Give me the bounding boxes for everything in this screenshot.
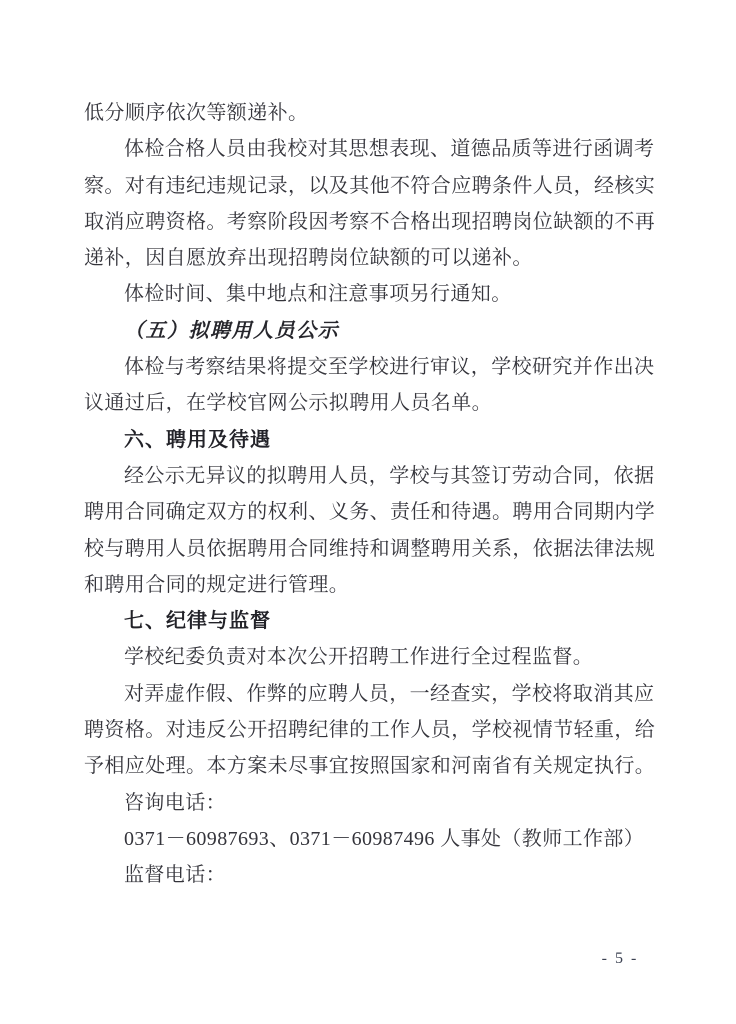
doc-line-contract-p4: 和聘用合同的规定进行管理。 xyxy=(84,567,646,603)
consult-phone-label: 咨询电话： xyxy=(84,785,646,821)
document-body: 低分顺序依次等额递补。 体检合格人员由我校对其思想表现、道德品质等进行函调考 察… xyxy=(84,95,646,894)
doc-line-inspection-p1: 体检合格人员由我校对其思想表现、道德品质等进行函调考 xyxy=(84,131,646,167)
heading-proposed-hire-publicity: （五）拟聘用人员公示 xyxy=(84,313,646,349)
doc-line-inspection-p3: 取消应聘资格。考察阶段因考察不合格出现招聘岗位缺额的不再 xyxy=(84,204,646,240)
phone-numbers-line: 0371－60987693、0371－60987496 人事处（教师工作部） xyxy=(84,821,646,857)
doc-line-inspection-p4: 递补，因自愿放弃出现招聘岗位缺额的可以递补。 xyxy=(84,240,646,276)
doc-line-contract-p2: 聘用合同确定双方的权利、义务、责任和待遇。聘用合同期内学 xyxy=(84,494,646,530)
doc-line-review-p2: 议通过后，在学校官网公示拟聘用人员名单。 xyxy=(84,385,646,421)
doc-line-contract-p1: 经公示无异议的拟聘用人员，学校与其签订劳动合同，依据 xyxy=(84,458,646,494)
doc-line-fraud-p2: 聘资格。对违反公开招聘纪律的工作人员，学校视情节轻重，给 xyxy=(84,712,646,748)
supervise-phone-label: 监督电话： xyxy=(84,857,646,893)
doc-line-contract-p3: 校与聘用人员依据聘用合同维持和调整聘用关系，依据法律法规 xyxy=(84,531,646,567)
doc-line-carryover: 低分顺序依次等额递补。 xyxy=(84,95,646,131)
document-page: 低分顺序依次等额递补。 体检合格人员由我校对其思想表现、道德品质等进行函调考 察… xyxy=(0,0,736,1024)
doc-line-supervision-p1: 学校纪委负责对本次公开招聘工作进行全过程监督。 xyxy=(84,639,646,675)
doc-line-fraud-p1: 对弄虚作假、作弊的应聘人员，一经查实，学校将取消其应 xyxy=(84,676,646,712)
heading-employment-treatment: 六、聘用及待遇 xyxy=(84,422,646,458)
page-number: - 5 - xyxy=(590,950,650,968)
doc-line-review-p1: 体检与考察结果将提交至学校进行审议，学校研究并作出决 xyxy=(84,349,646,385)
doc-line-fraud-p3: 予相应处理。本方案未尽事宜按照国家和河南省有关规定执行。 xyxy=(84,748,646,784)
doc-line-exam-notice: 体检时间、集中地点和注意事项另行通知。 xyxy=(84,276,646,312)
doc-line-inspection-p2: 察。对有违纪违规记录，以及其他不符合应聘条件人员，经核实 xyxy=(84,168,646,204)
heading-discipline-supervision: 七、纪律与监督 xyxy=(84,603,646,639)
